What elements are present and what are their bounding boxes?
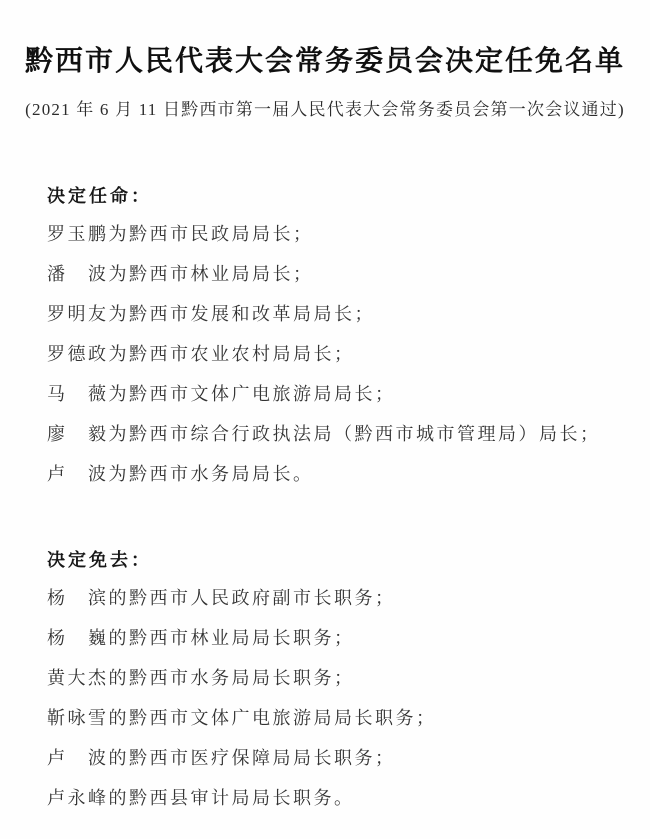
- removal-line: 杨 巍的黔西市林业局局长职务；: [47, 626, 614, 650]
- removals-heading: 决定免去：: [47, 548, 614, 572]
- appointments-heading: 决定任命：: [47, 184, 614, 208]
- appointment-line: 廖 毅为黔西市综合行政执法局（黔西市城市管理局）局长；: [47, 422, 614, 446]
- appointment-line: 卢 波为黔西市水务局局长。: [47, 462, 614, 486]
- appointment-line: 潘 波为黔西市林业局局长；: [47, 262, 614, 286]
- removal-line: 卢 波的黔西市医疗保障局局长职务；: [47, 746, 614, 770]
- removal-line: 黄大杰的黔西市水务局局长职务；: [47, 666, 614, 690]
- document-body: 决定任命： 罗玉鹏为黔西市民政局局长； 潘 波为黔西市林业局局长； 罗明友为黔西…: [47, 184, 614, 810]
- removal-line: 靳咏雪的黔西市文体广电旅游局局长职务；: [47, 706, 614, 730]
- document-page: 黔西市人民代表大会常务委员会决定任免名单 (2021 年 6 月 11 日黔西市…: [0, 0, 650, 839]
- removal-line: 杨 滨的黔西市人民政府副市长职务；: [47, 586, 614, 610]
- appointment-line: 罗玉鹏为黔西市民政局局长；: [47, 222, 614, 246]
- appointment-line: 罗明友为黔西市发展和改革局局长；: [47, 302, 614, 326]
- removal-line: 卢永峰的黔西县审计局局长职务。: [47, 786, 614, 810]
- document-subtitle: (2021 年 6 月 11 日黔西市第一届人民代表大会常务委员会第一次会议通过…: [0, 98, 650, 122]
- appointment-line: 马 薇为黔西市文体广电旅游局局长；: [47, 382, 614, 406]
- document-title: 黔西市人民代表大会常务委员会决定任免名单: [0, 0, 650, 78]
- appointment-line: 罗德政为黔西市农业农村局局长；: [47, 342, 614, 366]
